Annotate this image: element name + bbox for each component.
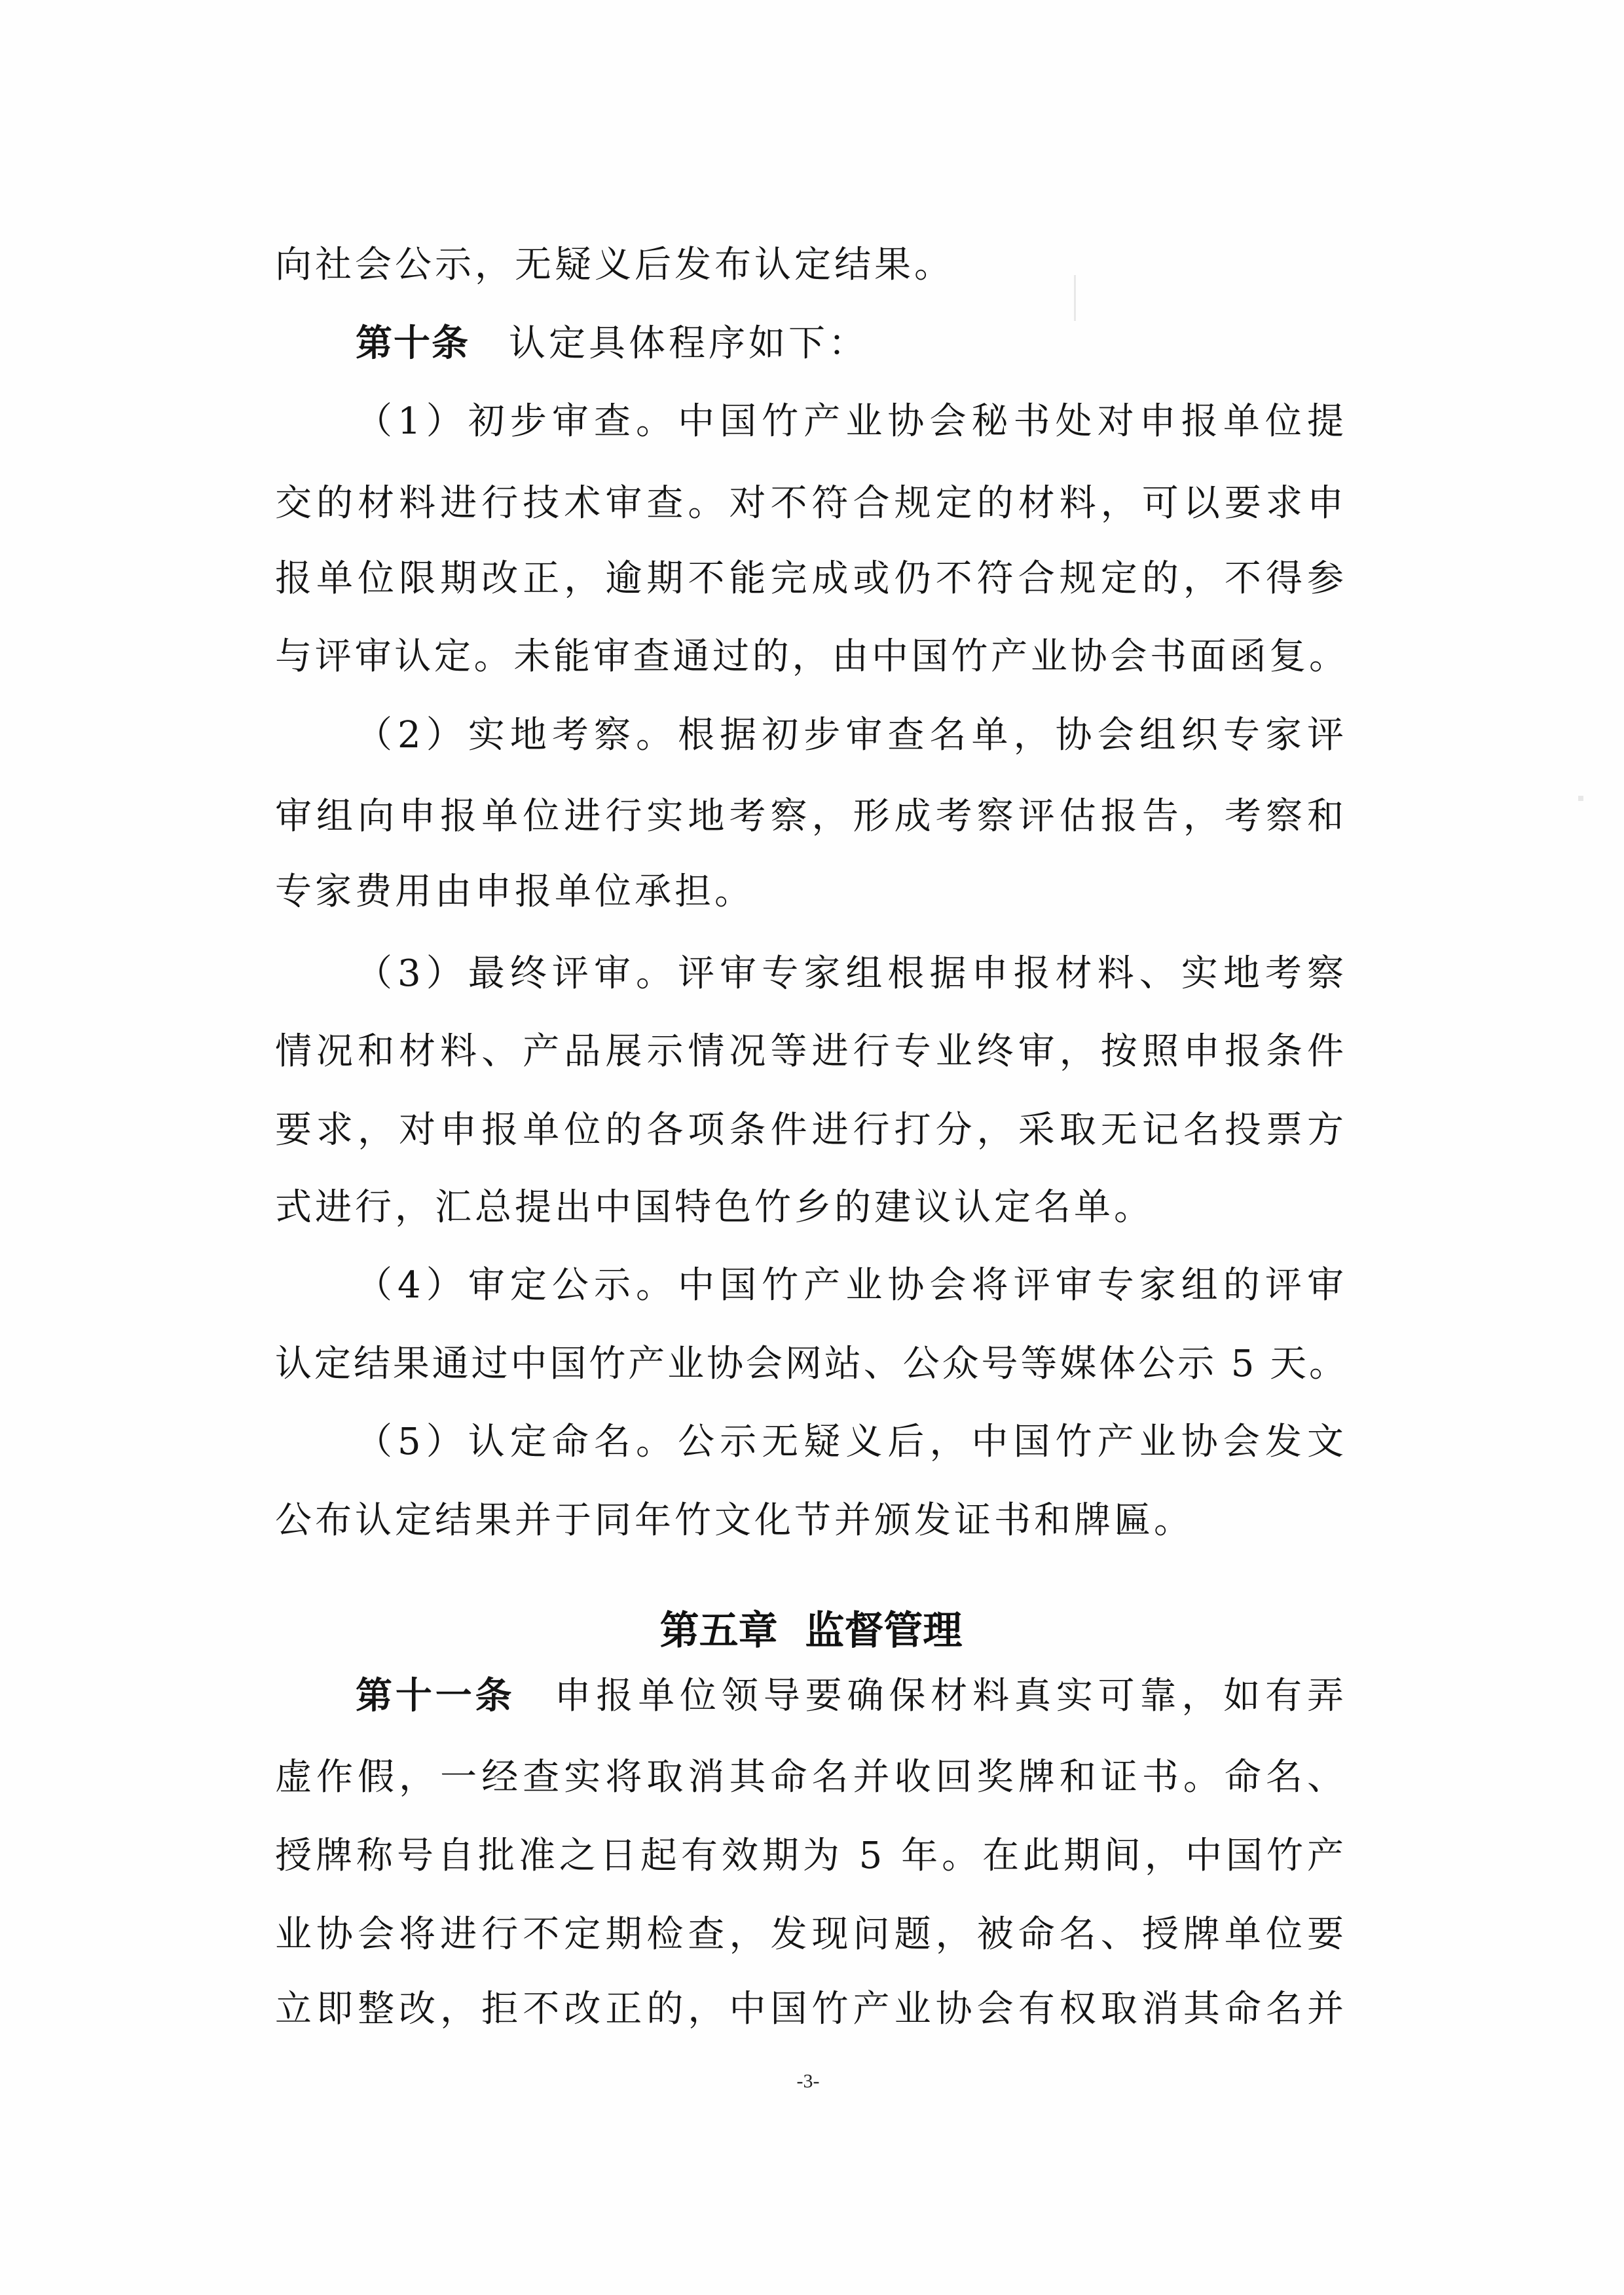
line-text: （4）审定公示。中国竹产业协会将评审专家组的评审: [356, 1259, 1347, 1312]
line-text: （3）最终评审。评审专家组根据申报材料、实地考察: [356, 948, 1347, 1000]
line-text: （2）实地考察。根据初步审查名单，协会组织专家评: [356, 709, 1347, 762]
paragraph-line: 交的材料进行技术审查。对不符合规定的材料，可以要求申: [275, 477, 1347, 530]
paragraph-line: 要求，对申报单位的各项条件进行打分，采取无记名投票方: [275, 1104, 1347, 1157]
paragraph-line: 专家费用由申报单位承担。: [275, 866, 1347, 918]
paragraph-line: 情况和材料、产品展示情况等进行专业终审，按照申报条件: [275, 1026, 1347, 1078]
line-text: 审组向申报单位进行实地考察，形成考察评估报告，考察和: [275, 791, 1347, 843]
paragraph-line: 与评审认定。未能审查通过的，由中国竹产业协会书面函复。: [275, 631, 1347, 683]
item-1-line: （1）初步审查。中国竹产业协会秘书处对申报单位提: [356, 396, 1347, 448]
item-3-line: （3）最终评审。评审专家组根据申报材料、实地考察: [356, 948, 1347, 1000]
line-text: 情况和材料、产品展示情况等进行专业终审，按照申报条件: [275, 1026, 1347, 1078]
line-text: 式进行，汇总提出中国特色竹乡的建议认定名单。: [275, 1186, 1154, 1229]
paragraph-line: 审组向申报单位进行实地考察，形成考察评估报告，考察和: [275, 791, 1347, 843]
paragraph-line: 授牌称号自批准之日起有效期为 5 年。在此期间，中国竹产: [275, 1830, 1347, 1882]
chapter-heading: 第五章 监督管理: [275, 1605, 1347, 1657]
line-text: 认定结果通过中国竹产业协会网站、公众号等媒体公示 5 天。: [275, 1338, 1347, 1390]
item-4-line: （4）审定公示。中国竹产业协会将评审专家组的评审: [356, 1259, 1347, 1312]
paragraph-line: 业协会将进行不定期检查，发现问题，被命名、授牌单位要: [275, 1909, 1347, 1961]
line-text: 认定具体程序如下：: [509, 322, 868, 365]
article-label: 第十条: [356, 322, 470, 365]
line-text: 授牌称号自批准之日起有效期为 5 年。在此期间，中国竹产: [275, 1830, 1347, 1882]
article-10-line: 第十条认定具体程序如下：: [356, 318, 1347, 370]
line-text: 业协会将进行不定期检查，发现问题，被命名、授牌单位要: [275, 1909, 1347, 1961]
item-5-line: （5）认定命名。公示无疑义后，中国竹产业协会发文: [356, 1416, 1347, 1468]
line-text: 虚作假，一经查实将取消其命名并收回奖牌和证书。命名、: [275, 1751, 1347, 1804]
paragraph-line: 式进行，汇总提出中国特色竹乡的建议认定名单。: [275, 1182, 1347, 1234]
article-11-line: 第十一条申报单位领导要确保材料真实可靠，如有弄: [356, 1670, 1347, 1723]
line-text: 公布认定结果并于同年竹文化节并颁发证书和牌匾。: [275, 1499, 1194, 1542]
line-text: （5）认定命名。公示无疑义后，中国竹产业协会发文: [356, 1416, 1347, 1468]
line-text: 向社会公示，无疑义后发布认定结果。: [275, 244, 954, 286]
line-text: 立即整改，拒不改正的，中国竹产业协会有权取消其命名并: [275, 1983, 1347, 2036]
line-text: 专家费用由申报单位承担。: [275, 870, 754, 913]
line-text: 报单位限期改正，逾期不能完成或仍不符合规定的，不得参: [275, 553, 1347, 605]
line-text: 交的材料进行技术审查。对不符合规定的材料，可以要求申: [275, 477, 1347, 530]
paragraph-line: 虚作假，一经查实将取消其命名并收回奖牌和证书。命名、: [275, 1751, 1347, 1804]
paragraph-line: 认定结果通过中国竹产业协会网站、公众号等媒体公示 5 天。: [275, 1338, 1347, 1390]
paragraph-line: 公布认定结果并于同年竹文化节并颁发证书和牌匾。: [275, 1495, 1347, 1547]
paragraph-line: 报单位限期改正，逾期不能完成或仍不符合规定的，不得参: [275, 553, 1347, 605]
line-text: 申报单位领导要确保材料真实可靠，如有弄: [554, 1675, 1347, 1717]
page-number: -3-: [743, 2070, 874, 2093]
article-label: 第十一条: [356, 1675, 515, 1717]
line-text: （1）初步审查。中国竹产业协会秘书处对申报单位提: [356, 396, 1347, 448]
line-text: 要求，对申报单位的各项条件进行打分，采取无记名投票方: [275, 1104, 1347, 1157]
document-page: 向社会公示，无疑义后发布认定结果。 第十条认定具体程序如下： （1）初步审查。中…: [0, 0, 1624, 2295]
item-2-line: （2）实地考察。根据初步审查名单，协会组织专家评: [356, 709, 1347, 762]
line-text: 与评审认定。未能审查通过的，由中国竹产业协会书面函复。: [275, 631, 1347, 683]
paragraph-line: 向社会公示，无疑义后发布认定结果。: [275, 239, 1347, 291]
scan-artifact: [1578, 796, 1583, 801]
paragraph-line: 立即整改，拒不改正的，中国竹产业协会有权取消其命名并: [275, 1983, 1347, 2036]
